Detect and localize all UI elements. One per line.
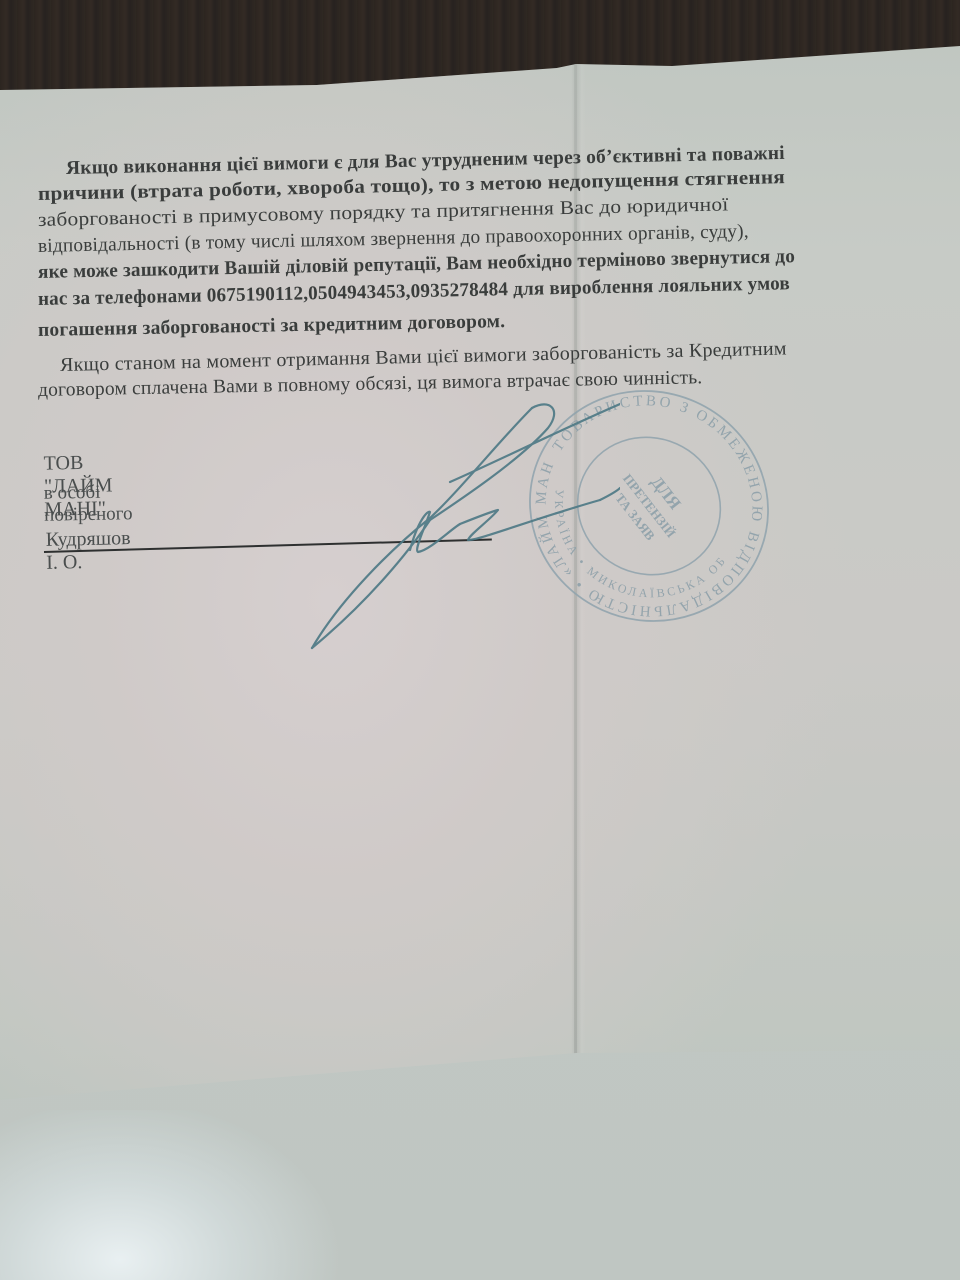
handwritten-signature-icon: [300, 400, 620, 670]
signatory-role: в особі повіреного: [44, 481, 133, 527]
photo-scene: Якщо виконання цієї вимоги є для Вас утр…: [0, 0, 960, 1280]
light-glare: [0, 1110, 420, 1280]
